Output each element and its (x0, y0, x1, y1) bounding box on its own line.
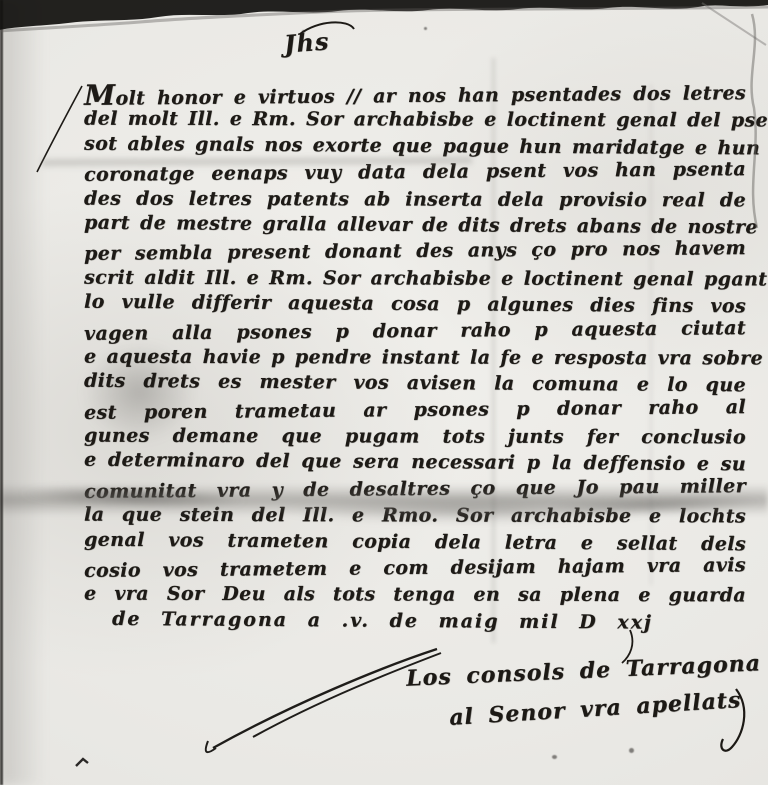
margin-check-mark (76, 759, 88, 766)
manuscript-line-2: del molt Ill. e Rm. Sor archabisbe e loc… (84, 106, 746, 134)
ink-speck (552, 755, 557, 759)
manuscript-line-8: scrit aldit Ill. e Rm. Sor archabisbe e … (84, 264, 746, 292)
manuscript-dateline: de Tarragona a .v. de maig mil D xxj (112, 606, 712, 637)
manuscript-line-20: e vra Sor Deu als tots tenga en sa plena… (84, 581, 746, 609)
left-edge-shadow (0, 0, 44, 785)
upper-fold-crease (42, 155, 472, 168)
signature-line-2: al Senor vra apellats (448, 687, 742, 731)
ink-speck (629, 748, 634, 753)
ink-smear-over-text (275, 494, 665, 524)
manuscript-line-1: Molt honor e virtuos // ar nos han psent… (84, 77, 746, 109)
ink-speck (424, 27, 427, 30)
jhs-monogram: Jhs (283, 26, 330, 58)
signature-line-1: Los consols de Tarragona (406, 650, 762, 691)
manuscript-page: Jhs Molt honor e virtuos // ar nos han p… (0, 0, 768, 785)
paper-left-edge (0, 0, 3, 785)
manuscript-line-13: est poren trametau ar psones p donar rah… (84, 394, 746, 426)
signature-flourish-curl (206, 741, 216, 752)
manuscript-line-19: cosio vos trametem e com desijam hajam v… (84, 552, 746, 584)
manuscript-line-7: per sembla present donant des anys ço pr… (84, 235, 746, 267)
manuscript-line-10: vagen alla psones p donar raho p aquesta… (84, 315, 746, 347)
manuscript-line-5: des dos letres patents ab inserta dela p… (84, 185, 746, 213)
signature-slash-flourish (213, 649, 437, 748)
